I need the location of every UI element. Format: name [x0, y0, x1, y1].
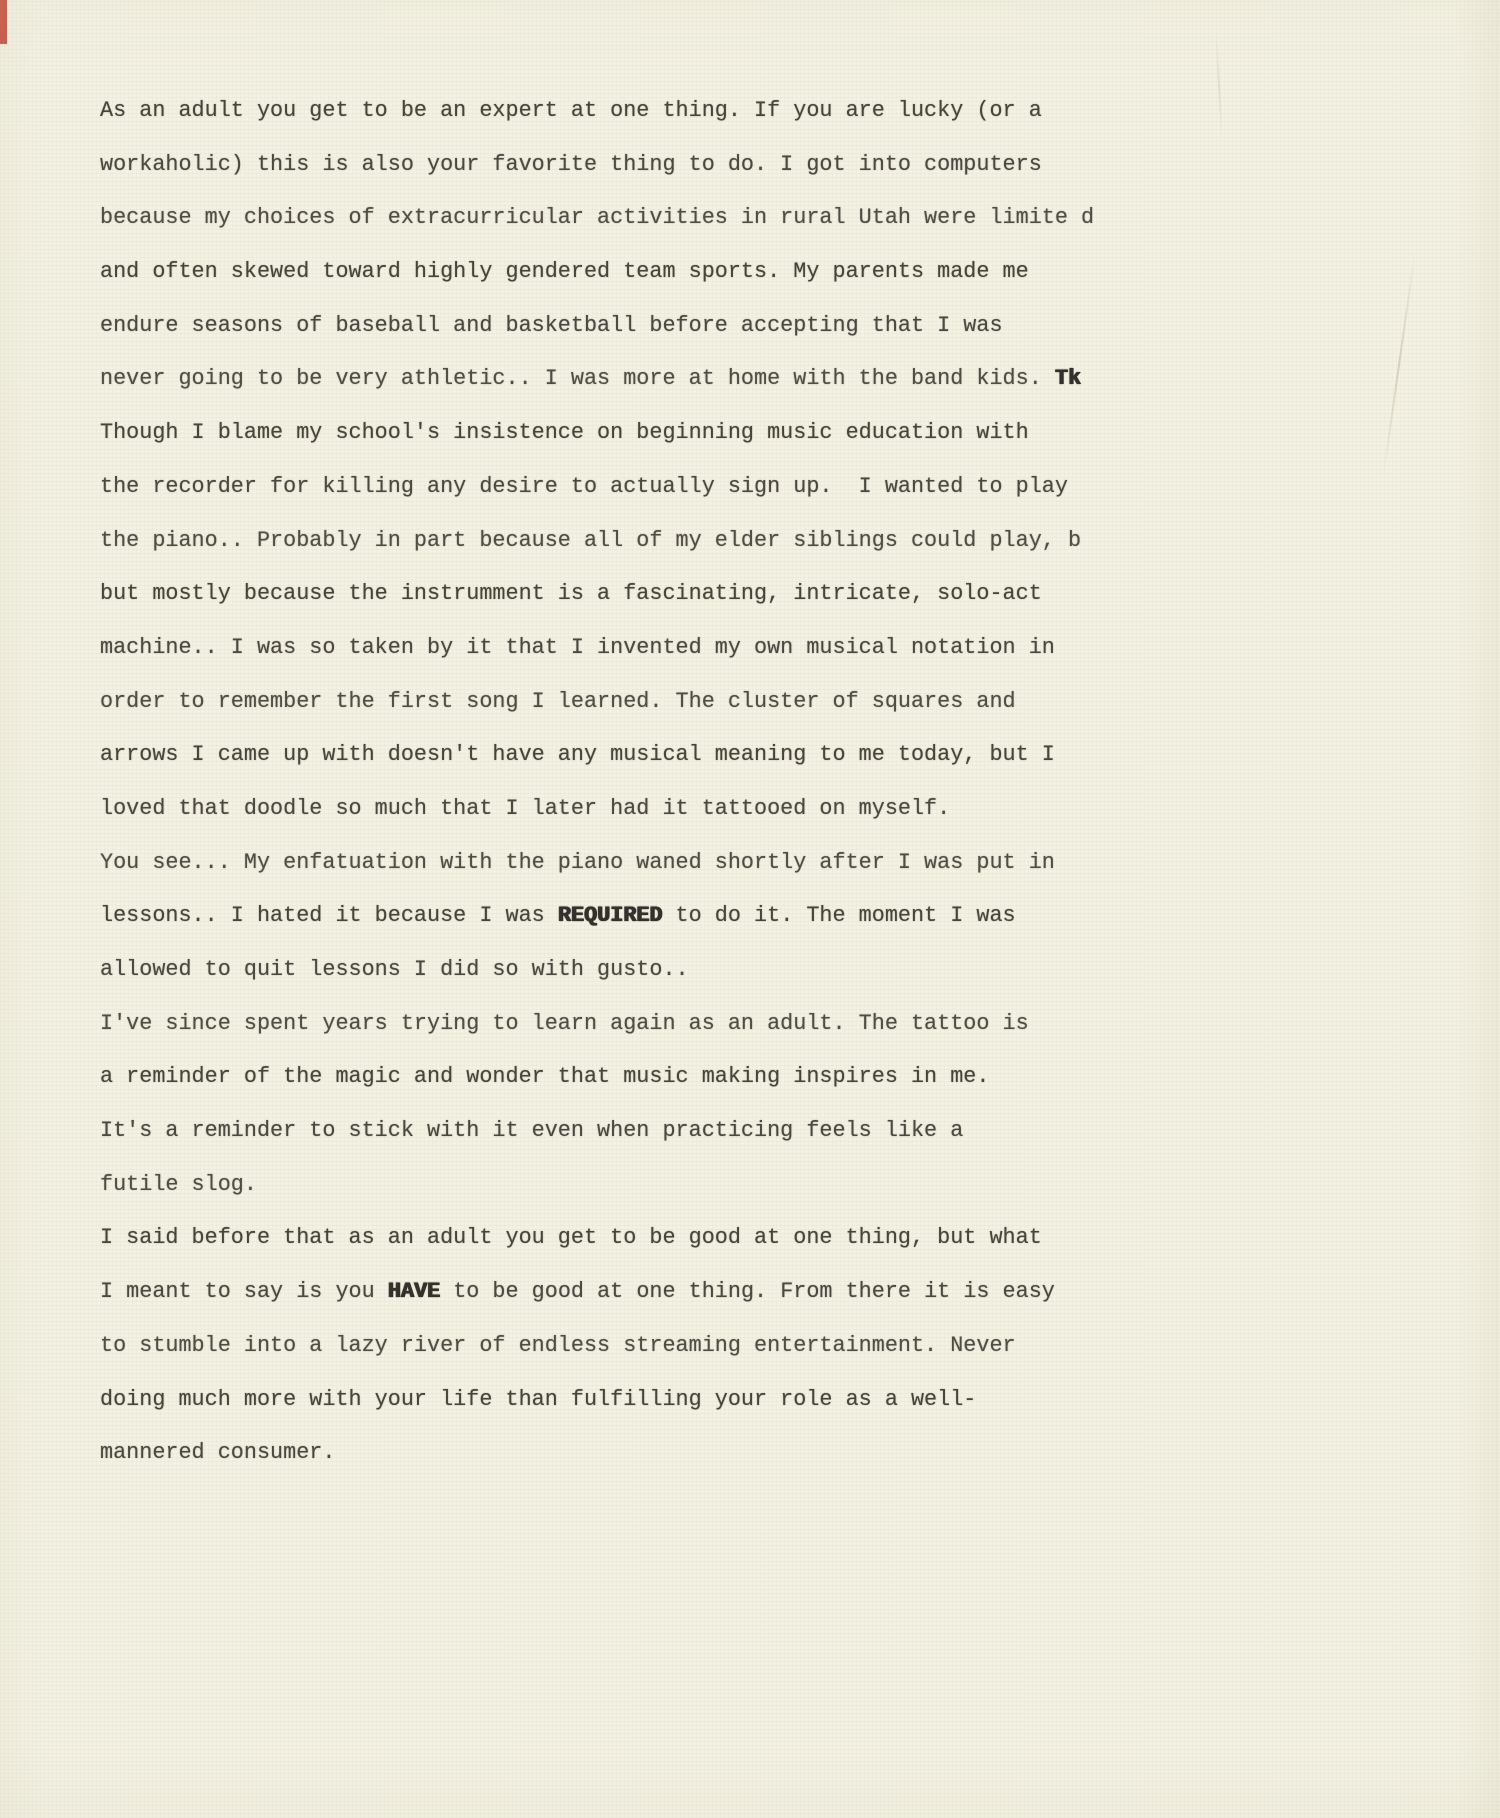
typed-segment: the piano.. Probably in part because all… [100, 528, 1081, 553]
typed-line: allowed to quit lessons I did so with gu… [100, 943, 1440, 997]
typed-line: doing much more with your life than fulf… [100, 1373, 1440, 1427]
typed-line: I said before that as an adult you get t… [100, 1211, 1440, 1265]
typed-line: order to remember the first song I learn… [100, 675, 1440, 729]
overstruck-text: Tk [1055, 366, 1081, 391]
typed-segment: to stumble into a lazy river of endless … [100, 1333, 1016, 1358]
overstruck-text: HAVE [388, 1279, 440, 1304]
typed-line: and often skewed toward highly gendered … [100, 245, 1440, 299]
typed-line: As an adult you get to be an expert at o… [100, 84, 1440, 138]
typed-segment: arrows I came up with doesn't have any m… [100, 742, 1055, 767]
typed-segment: the recorder for killing any desire to a… [100, 474, 1068, 499]
typed-line: loved that doodle so much that I later h… [100, 782, 1440, 836]
typed-line: arrows I came up with doesn't have any m… [100, 728, 1440, 782]
typed-line: the piano.. Probably in part because all… [100, 514, 1440, 568]
typed-line: I meant to say is you HAVE to be good at… [100, 1265, 1440, 1319]
typed-line: I've since spent years trying to learn a… [100, 997, 1440, 1051]
typed-segment: It's a reminder to stick with it even wh… [100, 1118, 963, 1143]
typed-line: a reminder of the magic and wonder that … [100, 1050, 1440, 1104]
typed-line: the recorder for killing any desire to a… [100, 460, 1440, 514]
typed-segment: lessons.. I hated it because I was [100, 903, 558, 928]
typed-segment: mannered consumer. [100, 1440, 335, 1465]
typed-segment: I meant to say is you [100, 1279, 388, 1304]
typed-segment: loved that doodle so much that I later h… [100, 796, 950, 821]
red-edge-mark [0, 0, 7, 44]
typed-segment: allowed to quit lessons I did so with gu… [100, 957, 689, 982]
typed-text-block: As an adult you get to be an expert at o… [100, 84, 1440, 1480]
typed-segment: because my choices of extracurricular ac… [100, 205, 1094, 230]
typed-segment: but mostly because the instrumment is a … [100, 581, 1042, 606]
typed-segment: order to remember the first song I learn… [100, 689, 1016, 714]
typed-segment: and often skewed toward highly gendered … [100, 259, 1029, 284]
typed-segment: a reminder of the magic and wonder that … [100, 1064, 989, 1089]
typed-segment: futile slog. [100, 1172, 257, 1197]
typed-segment: You see... My enfatuation with the piano… [100, 850, 1055, 875]
typed-line: but mostly because the instrumment is a … [100, 567, 1440, 621]
typed-segment: endure seasons of baseball and basketbal… [100, 313, 1003, 338]
typed-segment: I've since spent years trying to learn a… [100, 1011, 1029, 1036]
typed-segment: to do it. The moment I was [662, 903, 1015, 928]
overstruck-text: REQUIRED [558, 903, 663, 928]
typed-segment: never going to be very athletic.. I was … [100, 366, 1055, 391]
typed-segment: machine.. I was so taken by it that I in… [100, 635, 1055, 660]
typed-line: to stumble into a lazy river of endless … [100, 1319, 1440, 1373]
typed-segment: Though I blame my school's insistence on… [100, 420, 1029, 445]
typed-line: You see... My enfatuation with the piano… [100, 836, 1440, 890]
typed-segment: As an adult you get to be an expert at o… [100, 98, 1042, 123]
typed-line: futile slog. [100, 1158, 1440, 1212]
typewritten-page: As an adult you get to be an expert at o… [0, 0, 1500, 1818]
typed-line: endure seasons of baseball and basketbal… [100, 299, 1440, 353]
typed-line: workaholic) this is also your favorite t… [100, 138, 1440, 192]
typed-segment: to be good at one thing. From there it i… [440, 1279, 1055, 1304]
typed-segment: workaholic) this is also your favorite t… [100, 152, 1042, 177]
typed-segment: I said before that as an adult you get t… [100, 1225, 1042, 1250]
typed-line: because my choices of extracurricular ac… [100, 191, 1440, 245]
typed-segment: doing much more with your life than fulf… [100, 1387, 976, 1412]
typed-line: never going to be very athletic.. I was … [100, 352, 1440, 406]
typed-line: mannered consumer. [100, 1426, 1440, 1480]
typed-line: Though I blame my school's insistence on… [100, 406, 1440, 460]
typed-line: machine.. I was so taken by it that I in… [100, 621, 1440, 675]
typed-line: lessons.. I hated it because I was REQUI… [100, 889, 1440, 943]
typed-line: It's a reminder to stick with it even wh… [100, 1104, 1440, 1158]
